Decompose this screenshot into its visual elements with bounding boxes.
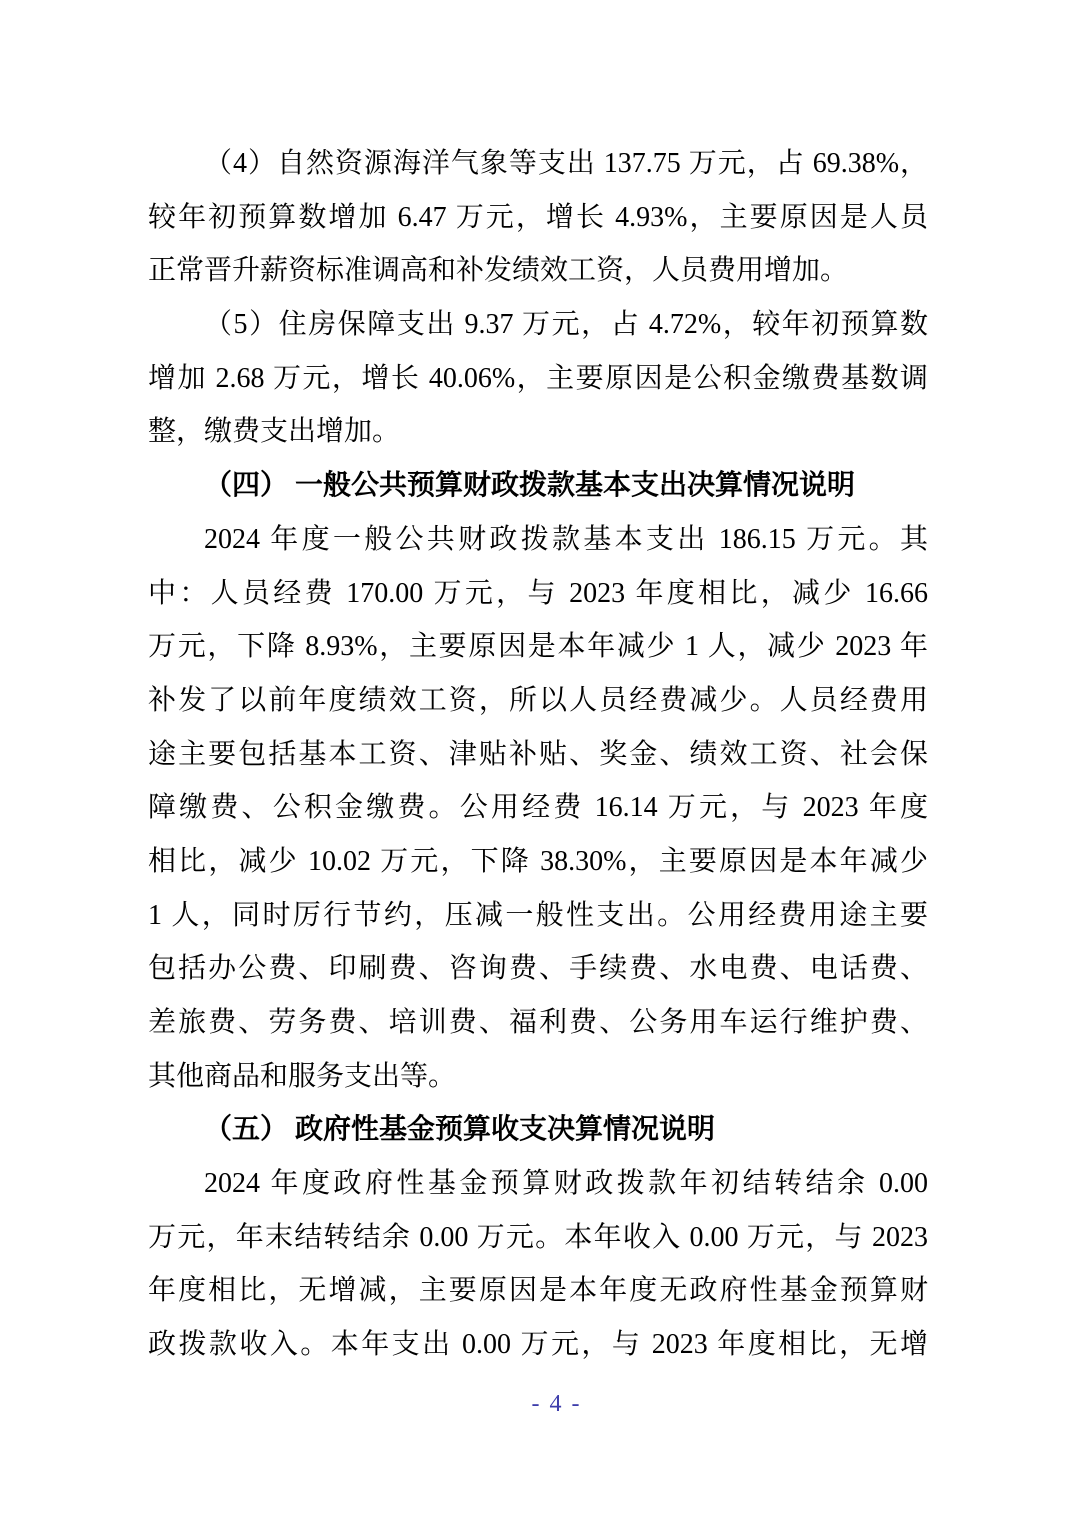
text-line: 政拨款收入。本年支出 0.00 万元，与 2023 年度相比，无增 <box>148 1318 928 1372</box>
text-line: 万元，年末结转结余 0.00 万元。本年收入 0.00 万元，与 2023 <box>148 1211 928 1265</box>
text-line: 正常晋升薪资标准调高和补发绩效工资，人员费用增加。 <box>148 244 928 298</box>
text-line: 相比，减少 10.02 万元，下降 38.30%，主要原因是本年减少 <box>148 835 928 889</box>
section-heading: （五） 政府性基金预算收支决算情况说明 <box>148 1103 928 1157</box>
document-body: （4）自然资源海洋气象等支出 137.75 万元，占 69.38%，较年初预算数… <box>148 137 928 1372</box>
text-line: 2024 年度政府性基金预算财政拨款年初结转结余 0.00 <box>148 1157 928 1211</box>
text-line: 1 人，同时厉行节约，压减一般性支出。公用经费用途主要 <box>148 889 928 943</box>
text-line: 包括办公费、印刷费、咨询费、手续费、水电费、电话费、 <box>148 942 928 996</box>
page-footer: - 4 - <box>0 1390 1075 1418</box>
text-line: （5）住房保障支出 9.37 万元，占 4.72%，较年初预算数 <box>148 298 928 352</box>
text-line: 年度相比，无增减，主要原因是本年度无政府性基金预算财 <box>148 1264 928 1318</box>
text-line: 增加 2.68 万元，增长 40.06%，主要原因是公积金缴费基数调 <box>148 352 928 406</box>
text-line: 整，缴费支出增加。 <box>148 405 928 459</box>
text-line: 障缴费、公积金缴费。公用经费 16.14 万元，与 2023 年度 <box>148 781 928 835</box>
section-heading: （四） 一般公共预算财政拨款基本支出决算情况说明 <box>148 459 928 513</box>
page-number: - 4 - <box>532 1391 582 1417</box>
text-line: 中：人员经费 170.00 万元，与 2023 年度相比，减少 16.66 <box>148 567 928 621</box>
text-line: 万元，下降 8.93%，主要原因是本年减少 1 人，减少 2023 年 <box>148 620 928 674</box>
text-line: 途主要包括基本工资、津贴补贴、奖金、绩效工资、社会保 <box>148 728 928 782</box>
text-line: 较年初预算数增加 6.47 万元，增长 4.93%，主要原因是人员 <box>148 191 928 245</box>
text-line: 差旅费、劳务费、培训费、福利费、公务用车运行维护费、 <box>148 996 928 1050</box>
text-line: 其他商品和服务支出等。 <box>148 1050 928 1104</box>
text-line: （4）自然资源海洋气象等支出 137.75 万元，占 69.38%， <box>148 137 928 191</box>
text-line: 2024 年度一般公共财政拨款基本支出 186.15 万元。其 <box>148 513 928 567</box>
text-line: 补发了以前年度绩效工资，所以人员经费减少。人员经费用 <box>148 674 928 728</box>
document-page: （4）自然资源海洋气象等支出 137.75 万元，占 69.38%，较年初预算数… <box>0 0 1075 1520</box>
